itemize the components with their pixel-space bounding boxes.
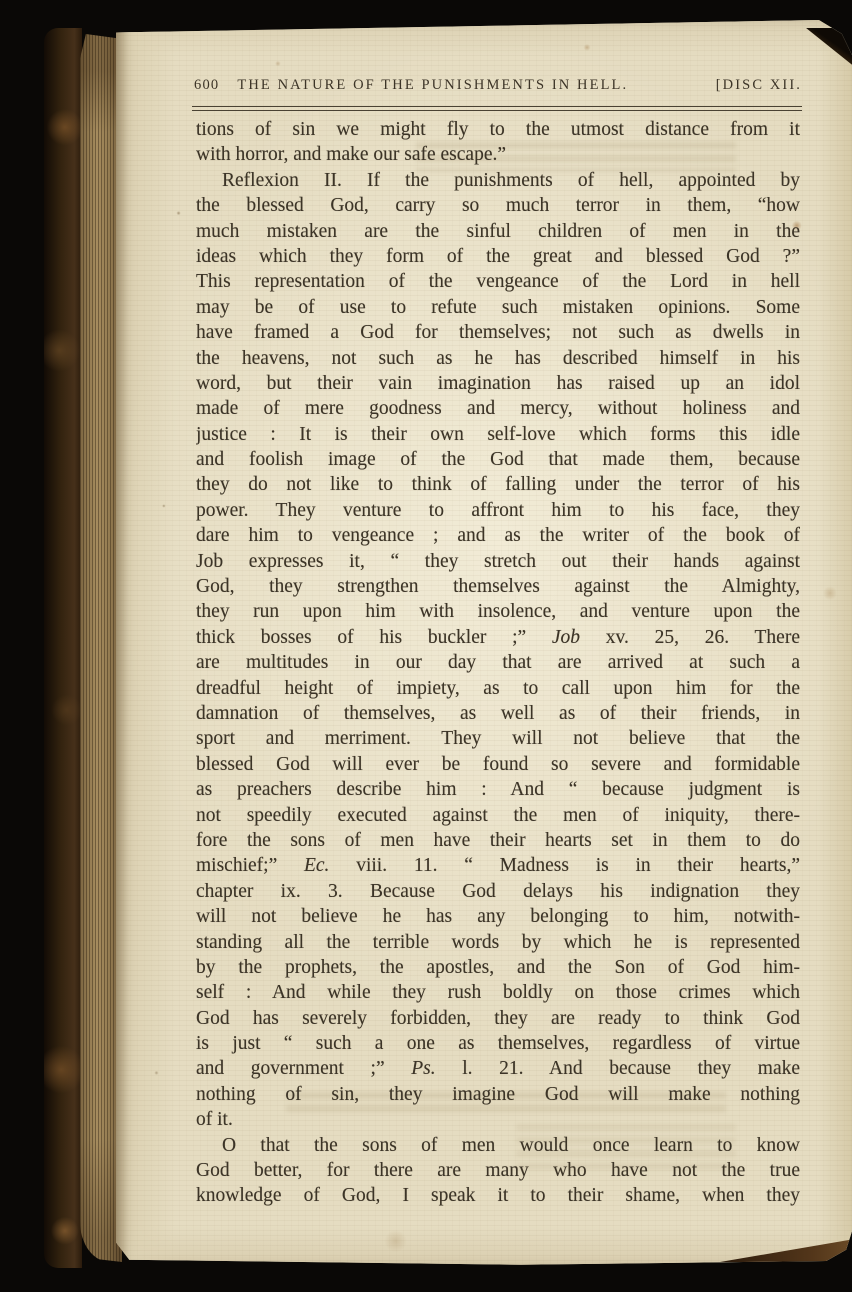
text-line: is just “ such a one as themselves, rega…: [196, 1031, 800, 1056]
text-line: thick bosses of his buckler ;” Job xv. 2…: [196, 625, 800, 650]
text-line: with horror, and make our safe escape.”: [196, 142, 800, 167]
text-line: fore the sons of men have their hearts s…: [196, 828, 800, 853]
text-line: justice : It is their own self-love whic…: [196, 422, 800, 447]
book-spine-leather: [44, 28, 82, 1268]
photo-background: 600 THE NATURE OF THE PUNISHMENTS IN HEL…: [0, 0, 852, 1292]
page-number: 600: [194, 77, 219, 94]
text-line: they run upon him with insolence, and ve…: [196, 599, 800, 624]
text-line: God better, for there are many who have …: [196, 1158, 800, 1183]
text-line: damnation of themselves, as well as of t…: [196, 701, 800, 726]
text-line: O that the sons of men would once learn …: [196, 1133, 800, 1158]
text-line: power. They venture to affront him to hi…: [196, 498, 800, 523]
text-line: dare him to vengeance ; and as the write…: [196, 523, 800, 548]
text-line: self : And while they rush boldly on tho…: [196, 980, 800, 1005]
text-line: Job expresses it, “ they stretch out the…: [196, 549, 800, 574]
text-line: nothing of sin, they imagine God will ma…: [196, 1082, 800, 1107]
text-line: sport and merriment. They will not belie…: [196, 726, 800, 751]
running-header-left: 600 THE NATURE OF THE PUNISHMENTS IN HEL…: [194, 77, 628, 94]
text-line: the heavens, not such as he has describe…: [196, 346, 800, 371]
text-line: tions of sin we might fly to the utmost …: [196, 117, 800, 142]
book-page: 600 THE NATURE OF THE PUNISHMENTS IN HEL…: [116, 20, 852, 1266]
text-line: Reflexion II. If the punishments of hell…: [196, 168, 800, 193]
text-line: God has severely forbidden, they are rea…: [196, 1006, 800, 1031]
text-line: of it.: [196, 1107, 800, 1132]
text-line: word, but their vain imagination has rai…: [196, 371, 800, 396]
text-line: God, they strengthen themselves against …: [196, 574, 800, 599]
text-line: ideas which they form of the great and b…: [196, 244, 800, 269]
text-line: mischief;” Ec. viii. 11. “ Madness is in…: [196, 853, 800, 878]
text-line: as preachers describe him : And “ becaus…: [196, 777, 800, 802]
text-line: are multitudes in our day that are arriv…: [196, 650, 800, 675]
text-line: and foolish image of the God that made t…: [196, 447, 800, 472]
text-line: they do not like to think of falling und…: [196, 472, 800, 497]
text-line: by the prophets, the apostles, and the S…: [196, 955, 800, 980]
text-line: have framed a God for themselves; not su…: [196, 320, 800, 345]
text-line: dreadful height of impiety, as to call u…: [196, 676, 800, 701]
cover-corner-top-right: [796, 28, 852, 68]
text-line: the blessed God, carry so much terror in…: [196, 193, 800, 218]
cover-corner-bottom-right: [720, 1238, 852, 1262]
running-header: 600 THE NATURE OF THE PUNISHMENTS IN HEL…: [194, 77, 802, 94]
header-double-rule: [192, 106, 802, 111]
text-line: will not believe he has any belonging to…: [196, 904, 800, 929]
page-edge-stack: [80, 34, 122, 1262]
section-label: [DISC XII.: [716, 77, 802, 94]
text-block: tions of sin we might fly to the utmost …: [196, 117, 800, 1209]
text-line: and government ;” Ps. l. 21. And because…: [196, 1056, 800, 1081]
running-title: THE NATURE OF THE PUNISHMENTS IN HELL.: [237, 77, 628, 94]
text-line: made of mere goodness and mercy, without…: [196, 396, 800, 421]
text-line: not speedily executed against the men of…: [196, 803, 800, 828]
text-line: knowledge of God, I speak it to their sh…: [196, 1183, 800, 1208]
text-line: may be of use to refute such mistaken op…: [196, 295, 800, 320]
text-line: blessed God will ever be found so severe…: [196, 752, 800, 777]
text-line: This representation of the vengeance of …: [196, 269, 800, 294]
text-line: much mistaken are the sinful children of…: [196, 219, 800, 244]
text-line: chapter ix. 3. Because God delays his in…: [196, 879, 800, 904]
text-line: standing all the terrible words by which…: [196, 930, 800, 955]
